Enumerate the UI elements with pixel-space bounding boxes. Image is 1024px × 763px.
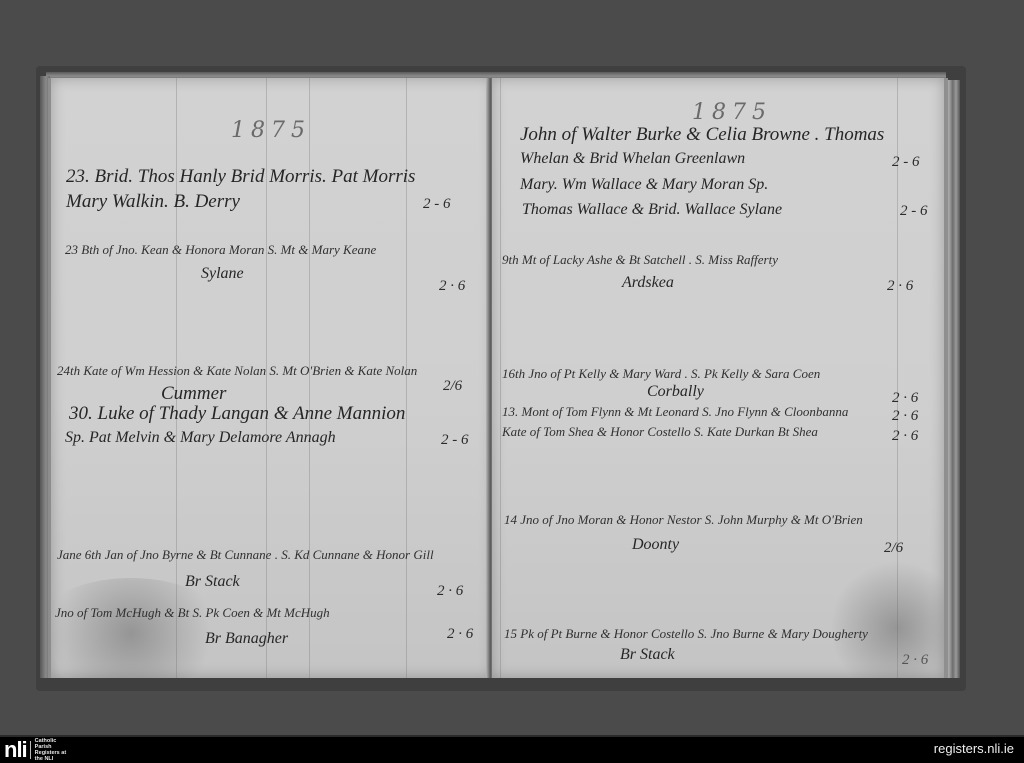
entry-fee: 2 · 6 [437,583,463,600]
entry-line: 16th Jno of Pt Kelly & Mary Ward . S. Pk… [502,366,820,382]
year-heading: 1875 [231,118,311,143]
entry-fee: 2 - 6 [423,196,451,213]
entry-fee: 2 · 6 [892,408,918,425]
entry-line: 15 Pk of Pt Burne & Honor Costello S. Jn… [504,626,868,642]
entry-fee: 2 · 6 [447,626,473,643]
entry-line: Mary. Wm Wallace & Mary Moran Sp. [520,176,768,194]
nli-logo-mark: nli [4,739,27,761]
entry-fee: 2 - 6 [900,203,928,220]
entry-line: Whelan & Brid Whelan Greenlawn [520,150,745,168]
year-heading: 1875 [692,100,772,125]
nli-logo-text: Catholic Parish Registers at the NLI [35,738,75,762]
entry-line: 23. Brid. Thos Hanly Brid Morris. Pat Mo… [66,166,415,188]
entry-line: Corbally [647,383,704,401]
entry-line: Kate of Tom Shea & Honor Costello S. Kat… [502,424,818,440]
entry-line: Ardskea [622,274,674,292]
entry-line: 30. Luke of Thady Langan & Anne Mannion [69,403,405,425]
entry-line: Cummer [161,383,226,405]
entry-line: Jane 6th Jan of Jno Byrne & Bt Cunnane .… [57,547,434,563]
entry-line: Sp. Pat Melvin & Mary Delamore Annagh [65,429,336,447]
entry-fee: 2/6 [443,378,462,395]
entry-fee: 2 · 6 [439,278,465,295]
entry-fee: 2 · 6 [887,278,913,295]
paper-stain [832,558,948,678]
paper-stain [48,578,231,678]
entry-line: 24th Kate of Wm Hession & Kate Nolan S. … [57,363,417,379]
entry-fee: 2/6 [884,540,903,557]
register-book-scan: 1875 23. Brid. Thos Hanly Brid Morris. P… [40,70,960,685]
entry-line: Br Stack [185,573,240,591]
footer-divider [0,735,1024,737]
image-viewer[interactable]: 1875 23. Brid. Thos Hanly Brid Morris. P… [0,0,1024,735]
entry-line: Br Banagher [205,630,288,648]
logo-divider [30,741,31,759]
entry-line: Thomas Wallace & Brid. Wallace Sylane [522,201,782,219]
entry-fee: 2 - 6 [892,154,920,171]
ruled-line [500,78,501,678]
entry-fee: 2 - 6 [441,432,469,449]
entry-fee: 2 · 6 [892,390,918,407]
nli-logo[interactable]: nli Catholic Parish Registers at the NLI [4,739,75,761]
footer-bar [0,735,1024,763]
site-link[interactable]: registers.nli.ie [934,741,1014,756]
entry-fee: 2 · 6 [892,428,918,445]
entry-line: Sylane [201,265,244,283]
entry-line: Br Stack [620,646,675,664]
entry-fee: 2 · 6 [902,652,928,669]
entry-line: 9th Mt of Lacky Ashe & Bt Satchell . S. … [502,252,778,268]
entry-line: 13. Mont of Tom Flynn & Mt Leonard S. Jn… [502,404,848,420]
entry-line: Doonty [632,536,679,554]
left-page: 1875 23. Brid. Thos Hanly Brid Morris. P… [48,78,493,678]
entry-line: Jno of Tom McHugh & Bt S. Pk Coen & Mt M… [55,605,330,621]
entry-line: 14 Jno of Jno Moran & Honor Nestor S. Jo… [504,512,863,528]
entry-line: 23 Bth of Jno. Kean & Honora Moran S. Mt… [65,242,376,258]
entry-line: Mary Walkin. B. Derry [66,191,240,213]
right-page: 1875 John of Walter Burke & Celia Browne… [492,78,948,678]
entry-line: John of Walter Burke & Celia Browne . Th… [520,124,884,146]
